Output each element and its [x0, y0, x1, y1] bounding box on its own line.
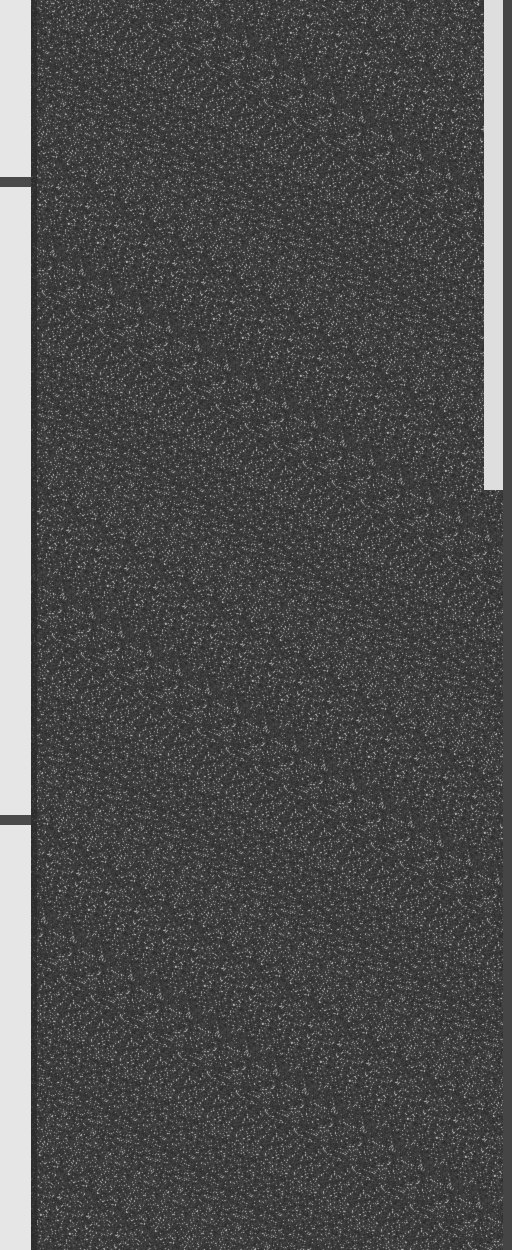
- edge-line-shadow: [31, 0, 37, 1250]
- right-road-edge: [503, 0, 512, 1250]
- right-lane-stripe: [484, 0, 503, 490]
- road-scene: Top-down view of an asphalt road surface…: [0, 0, 512, 1250]
- left-edge-line: [0, 0, 31, 1250]
- left-edge-line-gap: [0, 815, 31, 825]
- asphalt-texture: [0, 0, 512, 1250]
- left-edge-line-gap: [0, 177, 31, 187]
